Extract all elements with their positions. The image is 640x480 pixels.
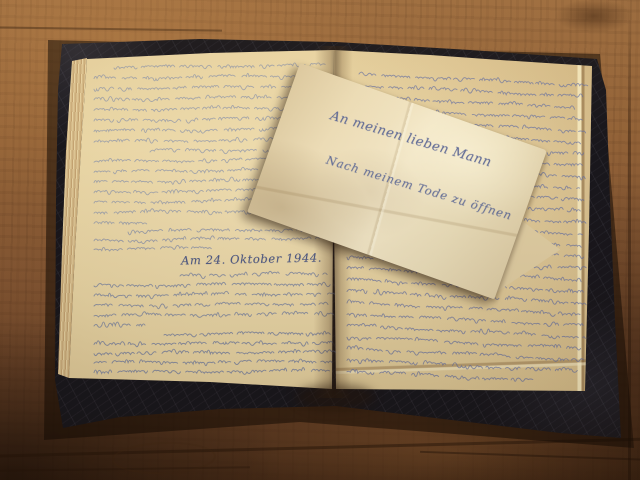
handwriting-line bbox=[94, 221, 147, 224]
handwriting-line bbox=[94, 291, 334, 298]
handwriting-line bbox=[94, 311, 333, 317]
photo-of-diary-scene: Am 24. Oktober 1944. An meinen lieben Ma… bbox=[0, 0, 640, 480]
handwriting-line bbox=[180, 271, 327, 278]
handwriting-line bbox=[347, 313, 583, 326]
handwriting-line bbox=[94, 236, 319, 244]
handwriting-line bbox=[359, 72, 588, 87]
handwriting-line bbox=[347, 323, 585, 338]
handwriting-line bbox=[94, 245, 211, 251]
handwriting-line bbox=[347, 359, 577, 373]
handwriting-line bbox=[94, 359, 332, 366]
handwriting-line bbox=[94, 322, 145, 327]
handwriting-line bbox=[347, 337, 581, 350]
handwriting-line bbox=[94, 341, 332, 347]
handwriting-line bbox=[94, 349, 336, 356]
book-gutter-foot-shadow bbox=[296, 384, 374, 410]
handwriting-line bbox=[128, 228, 314, 235]
handwriting-line bbox=[164, 331, 330, 337]
handwriting-line bbox=[114, 63, 325, 69]
diary-date-heading: Am 24. Oktober 1944. bbox=[181, 252, 322, 269]
handwriting-line bbox=[347, 289, 586, 304]
handwriting-line bbox=[347, 346, 583, 362]
handwriting-line bbox=[94, 368, 330, 375]
handwriting-line bbox=[94, 302, 328, 309]
handwriting-line bbox=[94, 73, 327, 80]
handwriting-line bbox=[347, 369, 533, 381]
handwriting-line bbox=[94, 282, 330, 288]
